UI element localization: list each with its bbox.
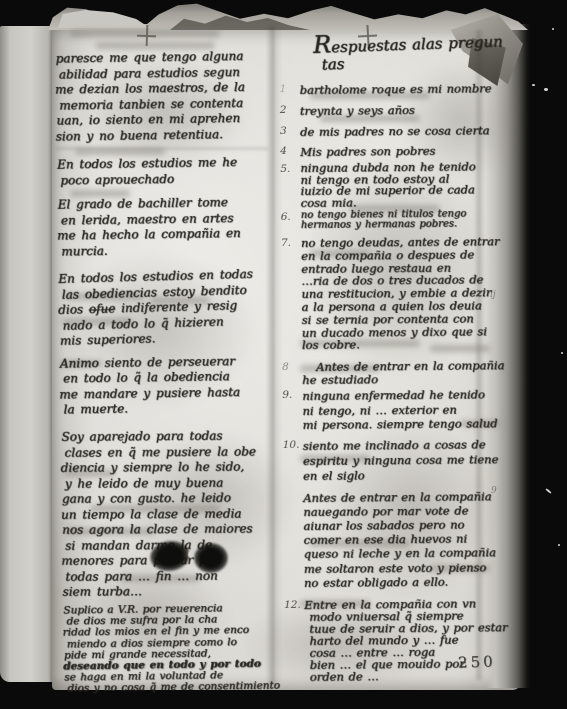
answer-item: 8Antes de entrar en la compañiahe estudi… — [282, 359, 516, 387]
dust-speck — [532, 84, 535, 86]
handwritten-line: siem turba… — [62, 583, 276, 600]
left-column: paresce me que tengo algunaabilidad para… — [56, 49, 279, 696]
answer-item: 9.ninguna enfermedad he tenidoni tengo, … — [282, 387, 516, 433]
item-number: 1 — [280, 83, 297, 95]
answer-item: 7.no tengo deudas, antes de entraren la … — [281, 235, 516, 352]
answer-item: Antes de entrar en la compañianauegando … — [283, 489, 518, 590]
manuscript-photo: paresce me que tengo algunaabilidad para… — [0, 0, 567, 709]
handwritten-line: Antes de entrar en la compañia — [303, 489, 517, 505]
handwritten-line: espiritu y ninguna cosa me tiene — [303, 452, 517, 469]
ink-blot-highlight — [188, 551, 193, 558]
handwritten-line: un tiempo la clase de media — [61, 505, 276, 522]
dust-speck — [544, 88, 548, 91]
ink-cross-mark — [137, 25, 157, 47]
right-column: Respuestas alas preguntas1bartholome roq… — [279, 33, 519, 683]
item-number: 9. — [282, 389, 299, 401]
dust-speck — [561, 352, 563, 354]
paragraph: paresce me que tengo algunaabilidad para… — [56, 49, 271, 145]
handwritten-line: uan, io siento en mi aprehen — [56, 111, 270, 129]
handwritten-line: nos agora la clase de maiores — [62, 521, 276, 538]
handwritten-line: y he leido de muy buena — [65, 474, 276, 491]
paragraph: En todos los estudios en todaslas obedie… — [58, 266, 274, 349]
handwritten-line: mi persona. siempre tengo salud — [303, 416, 517, 432]
handwritten-line: de mis padres no se cosa cierta — [300, 123, 514, 140]
handwritten-line: queso ni leche y en la compañia — [304, 545, 518, 561]
answers-heading: Respuestas alas preguntas — [279, 30, 514, 75]
handwritten-line: los cobre. — [302, 337, 516, 352]
handwritten-line: Mis padres son pobres — [300, 143, 514, 160]
handwritten-line: en el siglo — [303, 467, 517, 484]
answer-item: 4Mis padres son pobres — [280, 143, 514, 160]
item-number: 10. — [283, 439, 300, 451]
handwritten-line: diencia y siempre lo he sido, — [61, 459, 276, 476]
paragraph: Suplico a V.R. por reuerenciade dios me … — [63, 602, 278, 695]
handwritten-line: la muerte. — [63, 400, 274, 418]
paragraph: En todos los estudios me hepoco aprouech… — [57, 155, 271, 189]
ink-blot — [194, 543, 228, 573]
paragraph: Soy aparejado para todasclases en q̃ me … — [61, 428, 276, 600]
dust-speck — [558, 544, 560, 546]
handwritten-line: clases en q̃ me pusiere la obe — [64, 443, 275, 460]
item-number: 6. — [281, 211, 298, 223]
answer-item: 3de mis padres no se cosa cierta — [280, 123, 514, 140]
item-number: 3 — [280, 125, 297, 137]
item-number: 8 — [282, 361, 299, 373]
facing-page-edge — [0, 26, 56, 682]
answer-item: 2treynta y seys años — [280, 102, 514, 119]
folio-number: 250 — [458, 652, 496, 671]
answer-item: 1bartholome roque es mi nombre — [280, 81, 514, 98]
handwritten-line: Soy aparejado para todas — [61, 428, 275, 445]
item-number: 4 — [280, 145, 297, 157]
item-number: 12. — [284, 599, 301, 611]
handwritten-line: murcia. — [61, 241, 272, 259]
handwritten-line: gana y con gusto. he leido — [62, 490, 276, 507]
handwritten-line: me ha hecho la compañia en — [57, 226, 272, 245]
answer-item: 10.siento me inclinado a cosas deespirit… — [283, 437, 517, 484]
fore-edge-mark: 9 — [491, 486, 497, 496]
handwritten-line: hermanos y hermanas pobres. — [301, 219, 515, 231]
fore-edge-mark: ij — [490, 290, 496, 300]
handwritten-line: siento me inclinado a cosas de — [303, 437, 517, 454]
item-number: 2 — [280, 104, 297, 116]
answer-item: 6.no tengo bienes ni titulos tengoherman… — [281, 209, 515, 231]
item-number: 5. — [280, 163, 297, 175]
handwritten-line: bartholome roque es mi nombre — [300, 81, 514, 98]
handwritten-line: cosa mia. — [301, 195, 515, 208]
handwritten-line: orden de … — [310, 669, 519, 683]
handwritten-line: treynta y seys años — [300, 102, 514, 119]
handwritten-line: no estar obligado a ello. — [304, 574, 518, 590]
handwritten-line: poco aprouechado — [60, 170, 271, 188]
dust-speck — [545, 488, 552, 494]
handwritten-line: he estudiado — [302, 372, 516, 387]
dust-speck — [552, 28, 554, 30]
handwritten-line: ninguna enfermedad he tenido — [302, 387, 516, 403]
paragraph: Animo siento de perseueraren todo lo q̃ … — [60, 353, 275, 418]
answer-item: 5.ninguna dubda non he tenidoni tengo en… — [280, 161, 514, 209]
item-number: 7. — [281, 237, 298, 249]
paragraph: El grado de bachiller tomeen lerida, mae… — [58, 195, 273, 260]
handwritten-line: me soltaron este voto y pienso — [304, 560, 518, 576]
handwritten-line: sion y no buena retentiua. — [56, 126, 271, 145]
handwritten-line: dios y no cosa q̃ me de consentimiento — [67, 681, 278, 695]
